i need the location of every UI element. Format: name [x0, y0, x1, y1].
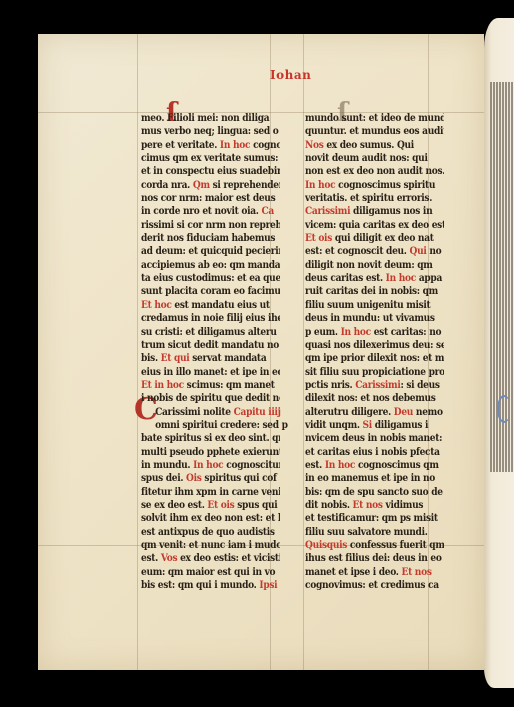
text-line: alterutru diligere. Deu nemo	[305, 406, 444, 419]
text-line: nvicem deus in nobis manet:	[305, 432, 444, 445]
text-line: Et hoc est mandatu eius ut	[141, 299, 280, 312]
running-head: Iohan	[270, 68, 311, 82]
text-line: deus caritas est. In hoc appa	[305, 272, 444, 285]
text-line: est: et cognoscit deu. Qui no	[305, 245, 444, 258]
text-line: in eo manemus et ipe in no	[305, 472, 444, 485]
blue-initial-letter	[497, 395, 511, 423]
text-line: su cristi: et diligamus alteru	[141, 326, 280, 339]
text-line: novit deum audit nos: qui	[305, 152, 444, 165]
text-line: manet et ipse i deo. Et nos	[305, 566, 444, 579]
text-line: eum: qm maior est qui in vo	[141, 566, 280, 579]
column-left: meo. Filioli mei: non diliga mus verbo n…	[141, 112, 315, 592]
text-line: sit filiu suu propiciatione pro	[305, 366, 444, 379]
text-line: est. In hoc cognoscimus qm	[305, 459, 444, 472]
text-line: deus in mundu: ut vivamus	[305, 312, 444, 325]
text-line: veritatis. et spiritu erroris.	[305, 192, 444, 205]
text-line: ad deum: et quicquid pecierim	[141, 245, 280, 258]
text-line: solvit ihm ex deo non est: et hic	[141, 512, 280, 525]
text-line: vidit unqm. Si diligamus i	[305, 419, 444, 432]
text-line: mundo sunt: et ideo de mundo lo	[305, 112, 444, 125]
text-line: eius in illo manet: et ipe in eo.	[141, 366, 280, 379]
text-line: meo. Filioli mei: non diliga	[141, 112, 280, 125]
text-line: se ex deo est. Et ois spus qui	[141, 499, 280, 512]
text-line: i nobis de spiritu que dedit nob.	[141, 392, 280, 405]
text-line: cimus qm ex veritate sumus:	[141, 152, 280, 165]
text-line: In hoc cognoscimus spiritu	[305, 179, 444, 192]
text-line: bate spiritus si ex deo sint. qm	[141, 432, 280, 445]
text-line: Nos ex deo sumus. Qui	[305, 139, 444, 152]
text-line: nos cor nrm: maior est deus	[141, 192, 280, 205]
text-line: fitetur ihm xpm in carne venis	[141, 486, 280, 499]
text-line: qm venit: et nunc iam i mudo	[141, 539, 280, 552]
text-line: Et ois qui diligit ex deo nat	[305, 232, 444, 245]
text-line: ruit caritas dei in nobis: qm	[305, 285, 444, 298]
text-line: mus verbo neq; lingua: sed o	[141, 125, 280, 138]
text-line: derit nos fiduciam habemus	[141, 232, 280, 245]
text-line: accipiemus ab eo: qm manda	[141, 259, 280, 272]
text-line: et caritas eius i nobis pfecta	[305, 446, 444, 459]
text-line: diligit non novit deum: qm	[305, 259, 444, 272]
text-line: bis est: qm qui i mundo. Ipsi de	[141, 579, 280, 592]
text-line: et in conspectu eius suadebim	[141, 165, 280, 178]
text-line: dilexit nos: et nos debemus	[305, 392, 444, 405]
text-line: bis: qm de spu sancto suo de	[305, 486, 444, 499]
text-line: cognovimus: et credimus ca	[305, 579, 444, 592]
text-line: est antixpus de quo audistis	[141, 526, 280, 539]
text-line: non est ex deo non audit nos.	[305, 165, 444, 178]
text-line: filiu suu salvatore mundi.	[305, 526, 444, 539]
text-line: pctis nris. Carissimi: si deus	[305, 379, 444, 392]
text-line: in mundu. In hoc cognoscitur	[141, 459, 280, 472]
text-line: in corde nro et novit oia. Ca	[141, 205, 280, 218]
text-line: filiu suum unigenitu misit	[305, 299, 444, 312]
text-line: qm ipe prior dilexit nos: et mi	[305, 352, 444, 365]
text-line: Quisquis confessus fuerit qm	[305, 539, 444, 552]
text-line: quuntur. et mundus eos audit.	[305, 125, 444, 138]
text-line: sunt placita coram eo facimus.	[141, 285, 280, 298]
text-line: Carissimi nolite Capitu iiij	[141, 406, 294, 419]
text-line: bis. Et qui servat mandata	[141, 352, 280, 365]
ruling-line-left	[137, 34, 138, 670]
text-line: Et in hoc scimus: qm manet	[141, 379, 280, 392]
text-line: omni spiritui credere: sed p	[141, 419, 294, 432]
text-line: Carissimi diligamus nos in	[305, 205, 444, 218]
text-line: spus dei. Ois spiritus qui cof	[141, 472, 280, 485]
text-line: multi pseudo pphete exierunt	[141, 446, 280, 459]
text-line: p eum. In hoc est caritas: no	[305, 326, 444, 339]
text-line: trum sicut dedit mandatu no	[141, 339, 280, 352]
text-line: quasi nos dilexerimus deu: sed	[305, 339, 444, 352]
text-line: est. Vos ex deo estis: et vicistis	[141, 552, 280, 565]
text-line: ta eius custodimus: et ea que	[141, 272, 280, 285]
column-right: mundo sunt: et ideo de mundo lo quuntur.…	[305, 112, 463, 592]
text-line: vicem: quia caritas ex deo est.	[305, 219, 444, 232]
text-line: dit nobis. Et nos vidimus	[305, 499, 444, 512]
text-line: rissimi si cor nrm non reprehen	[141, 219, 280, 232]
text-line: et testificamur: qm ps misit	[305, 512, 444, 525]
text-line: ihus est filius dei: deus in eo	[305, 552, 444, 565]
text-line: pere et veritate. In hoc cognos	[141, 139, 280, 152]
text-line: credamus in noie filij eius ihe	[141, 312, 280, 325]
text-line: corda nra. Qm si reprehenderit	[141, 179, 280, 192]
